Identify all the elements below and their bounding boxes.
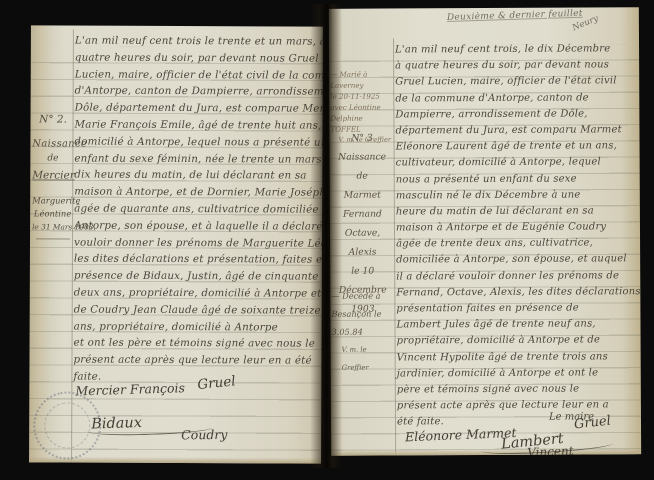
manuscript-line: âgée de quarante ans, cultivatrice domic… (74, 201, 323, 219)
manuscript-line: jardinier, domicilié à Antorpe et ont le (397, 365, 641, 382)
surname: Mercier (32, 169, 73, 181)
manuscript-line: masculin né le dix Décembre à une (396, 187, 641, 204)
manuscript-line: propriétaire, domicilié à Antorpe et de (397, 333, 642, 350)
manuscript-line: Gruel Lucien, maire, officier de l'état … (395, 74, 641, 91)
manuscript-line: de Coudry Jean Claude âgé de soixante tr… (74, 301, 323, 319)
act-type: Naissance (32, 138, 73, 149)
act-date: le 31 Mars 1903. (32, 222, 73, 231)
manuscript-line: à quatre heures du soir, par devant nous (395, 57, 641, 74)
manuscript-line: il a déclaré vouloir donner les prénoms … (396, 268, 641, 285)
manuscript-line: quatre heures du soir, par devant nous G… (75, 49, 323, 67)
manuscript-line: domiciliée à Antorpe, son épouse, et auq… (396, 252, 641, 269)
manuscript-line: dix heures du matin, de lui déclarant en… (74, 167, 323, 185)
manuscript-line: Lambert Jules âgé de trente neuf ans, (396, 316, 641, 333)
death-margin-note: — Décédé à Besançon le 3.05.84 V. m. le … (331, 286, 393, 376)
given-name: Octave, Alexis (333, 223, 392, 261)
act-type: Naissance (333, 147, 392, 166)
manuscript-line: enfant du sexe féminin, née le trente un… (74, 150, 323, 168)
margin-note-line: — Marié à Laverney (330, 68, 393, 90)
manuscript-line: Dôle, département du Jura, est comparue … (75, 100, 323, 118)
manuscript-line: d'Antorpe, canton de Dampierre, arrondis… (75, 83, 323, 101)
surname: Marmet (333, 185, 392, 204)
margin-divider (36, 238, 70, 239)
manuscript-line: ans, propriétaire, domicilié à Antorpe (74, 318, 323, 336)
manuscript-line: maison à Antorpe et de Eugénie Coudry (396, 219, 641, 236)
right-page: Deuxième & dernier feuillet Neury — Mari… (329, 7, 641, 456)
manuscript-line: présentation faites en présence de (396, 300, 641, 317)
signature-declarant: Mercier François (75, 380, 185, 398)
left-margin-notes: N° 2. Naissance de Mercier Marguerite Lé… (32, 113, 74, 239)
manuscript-line: présence de Bidaux, Justin, âgé de cinqu… (74, 268, 323, 286)
record-number: N° 2. (33, 113, 74, 125)
margin-note-line: de (333, 166, 392, 185)
right-page-manuscript: L'an mil neuf cent trois, le dix Décembr… (395, 41, 641, 431)
margin-note-line: de (32, 153, 73, 163)
manuscript-line: père et témoins signé avec nous le (397, 381, 641, 398)
given-name: Fernand (333, 204, 392, 223)
manuscript-line: Vincent Hypolite âgé de trente trois ans (397, 349, 642, 366)
manuscript-line: présent acte après que lecture leur en a (397, 397, 641, 414)
margin-note-line: avec Léontine (330, 101, 393, 112)
manuscript-line: Antorpe, son épouse, et à laquelle il a … (74, 217, 323, 235)
manuscript-line: département du Jura, est comparu Marmet (395, 122, 641, 139)
left-page: N° 2. Naissance de Mercier Marguerite Lé… (29, 25, 323, 463)
manuscript-line: maison à Antorpe, et de Dornier, Marie J… (74, 184, 323, 202)
left-page-manuscript: L'an mil neuf cent trois le trente et un… (73, 33, 323, 387)
manuscript-line: vouloir donner les prénoms de Marguerite… (74, 234, 323, 252)
manuscript-line: et ont les père et témoins signé avec no… (74, 335, 323, 353)
manuscript-line: présent acte après que lecture leur en a… (73, 352, 322, 370)
manuscript-line: L'an mil neuf cent trois le trente et un… (75, 33, 323, 51)
scanned-register-photo: N° 2. Naissance de Mercier Marguerite Lé… (0, 0, 654, 480)
manuscript-line: Fernand, Octave, Alexis, les dites décla… (396, 284, 641, 301)
signature-mayor: Gruel (197, 373, 237, 393)
death-date: 3.05.84 (331, 322, 393, 340)
margin-note-line: Besançon le (331, 304, 393, 322)
manuscript-line: cultivateur, domicilié à Antorpe, lequel (396, 154, 642, 171)
clerk-initials: V. m. le Greffier (332, 340, 394, 376)
given-name: Marguerite (32, 195, 73, 205)
manuscript-line: nous a présenté un enfant du sexe (396, 171, 641, 188)
manuscript-line: de la commune d'Antorpe, canton de (395, 90, 641, 107)
manuscript-line: âgée de trente deux ans, cultivatrice, (396, 235, 641, 252)
record-number: N° 3 (332, 128, 391, 147)
margin-note-line: le 20-11-1925 (330, 90, 393, 101)
margin-note-line: — Décédé à (331, 286, 393, 304)
manuscript-line: L'an mil neuf cent trois, le dix Décembr… (395, 41, 641, 58)
manuscript-line: deux ans, propriétaire, domicilié à Anto… (74, 285, 323, 303)
manuscript-line: Lucien, maire, officier de l'état civil … (75, 66, 323, 84)
manuscript-line: Dampierre, arrondissement de Dôle, (395, 106, 641, 123)
manuscript-line: Eléonore Laurent âgé de trente et un ans… (396, 138, 642, 155)
given-name: Léontine (32, 208, 73, 218)
archivist-pencil-note: Deuxième & dernier feuillet (447, 9, 583, 23)
manuscript-line: domicilié à Antorpe, lequel nous a prése… (74, 133, 323, 151)
manuscript-line: heure du matin de lui déclarant en sa (396, 203, 641, 220)
manuscript-line: les dites déclarations et présentation, … (74, 251, 323, 269)
manuscript-line: Marie François Emile, âgé de trente huit… (74, 117, 322, 135)
